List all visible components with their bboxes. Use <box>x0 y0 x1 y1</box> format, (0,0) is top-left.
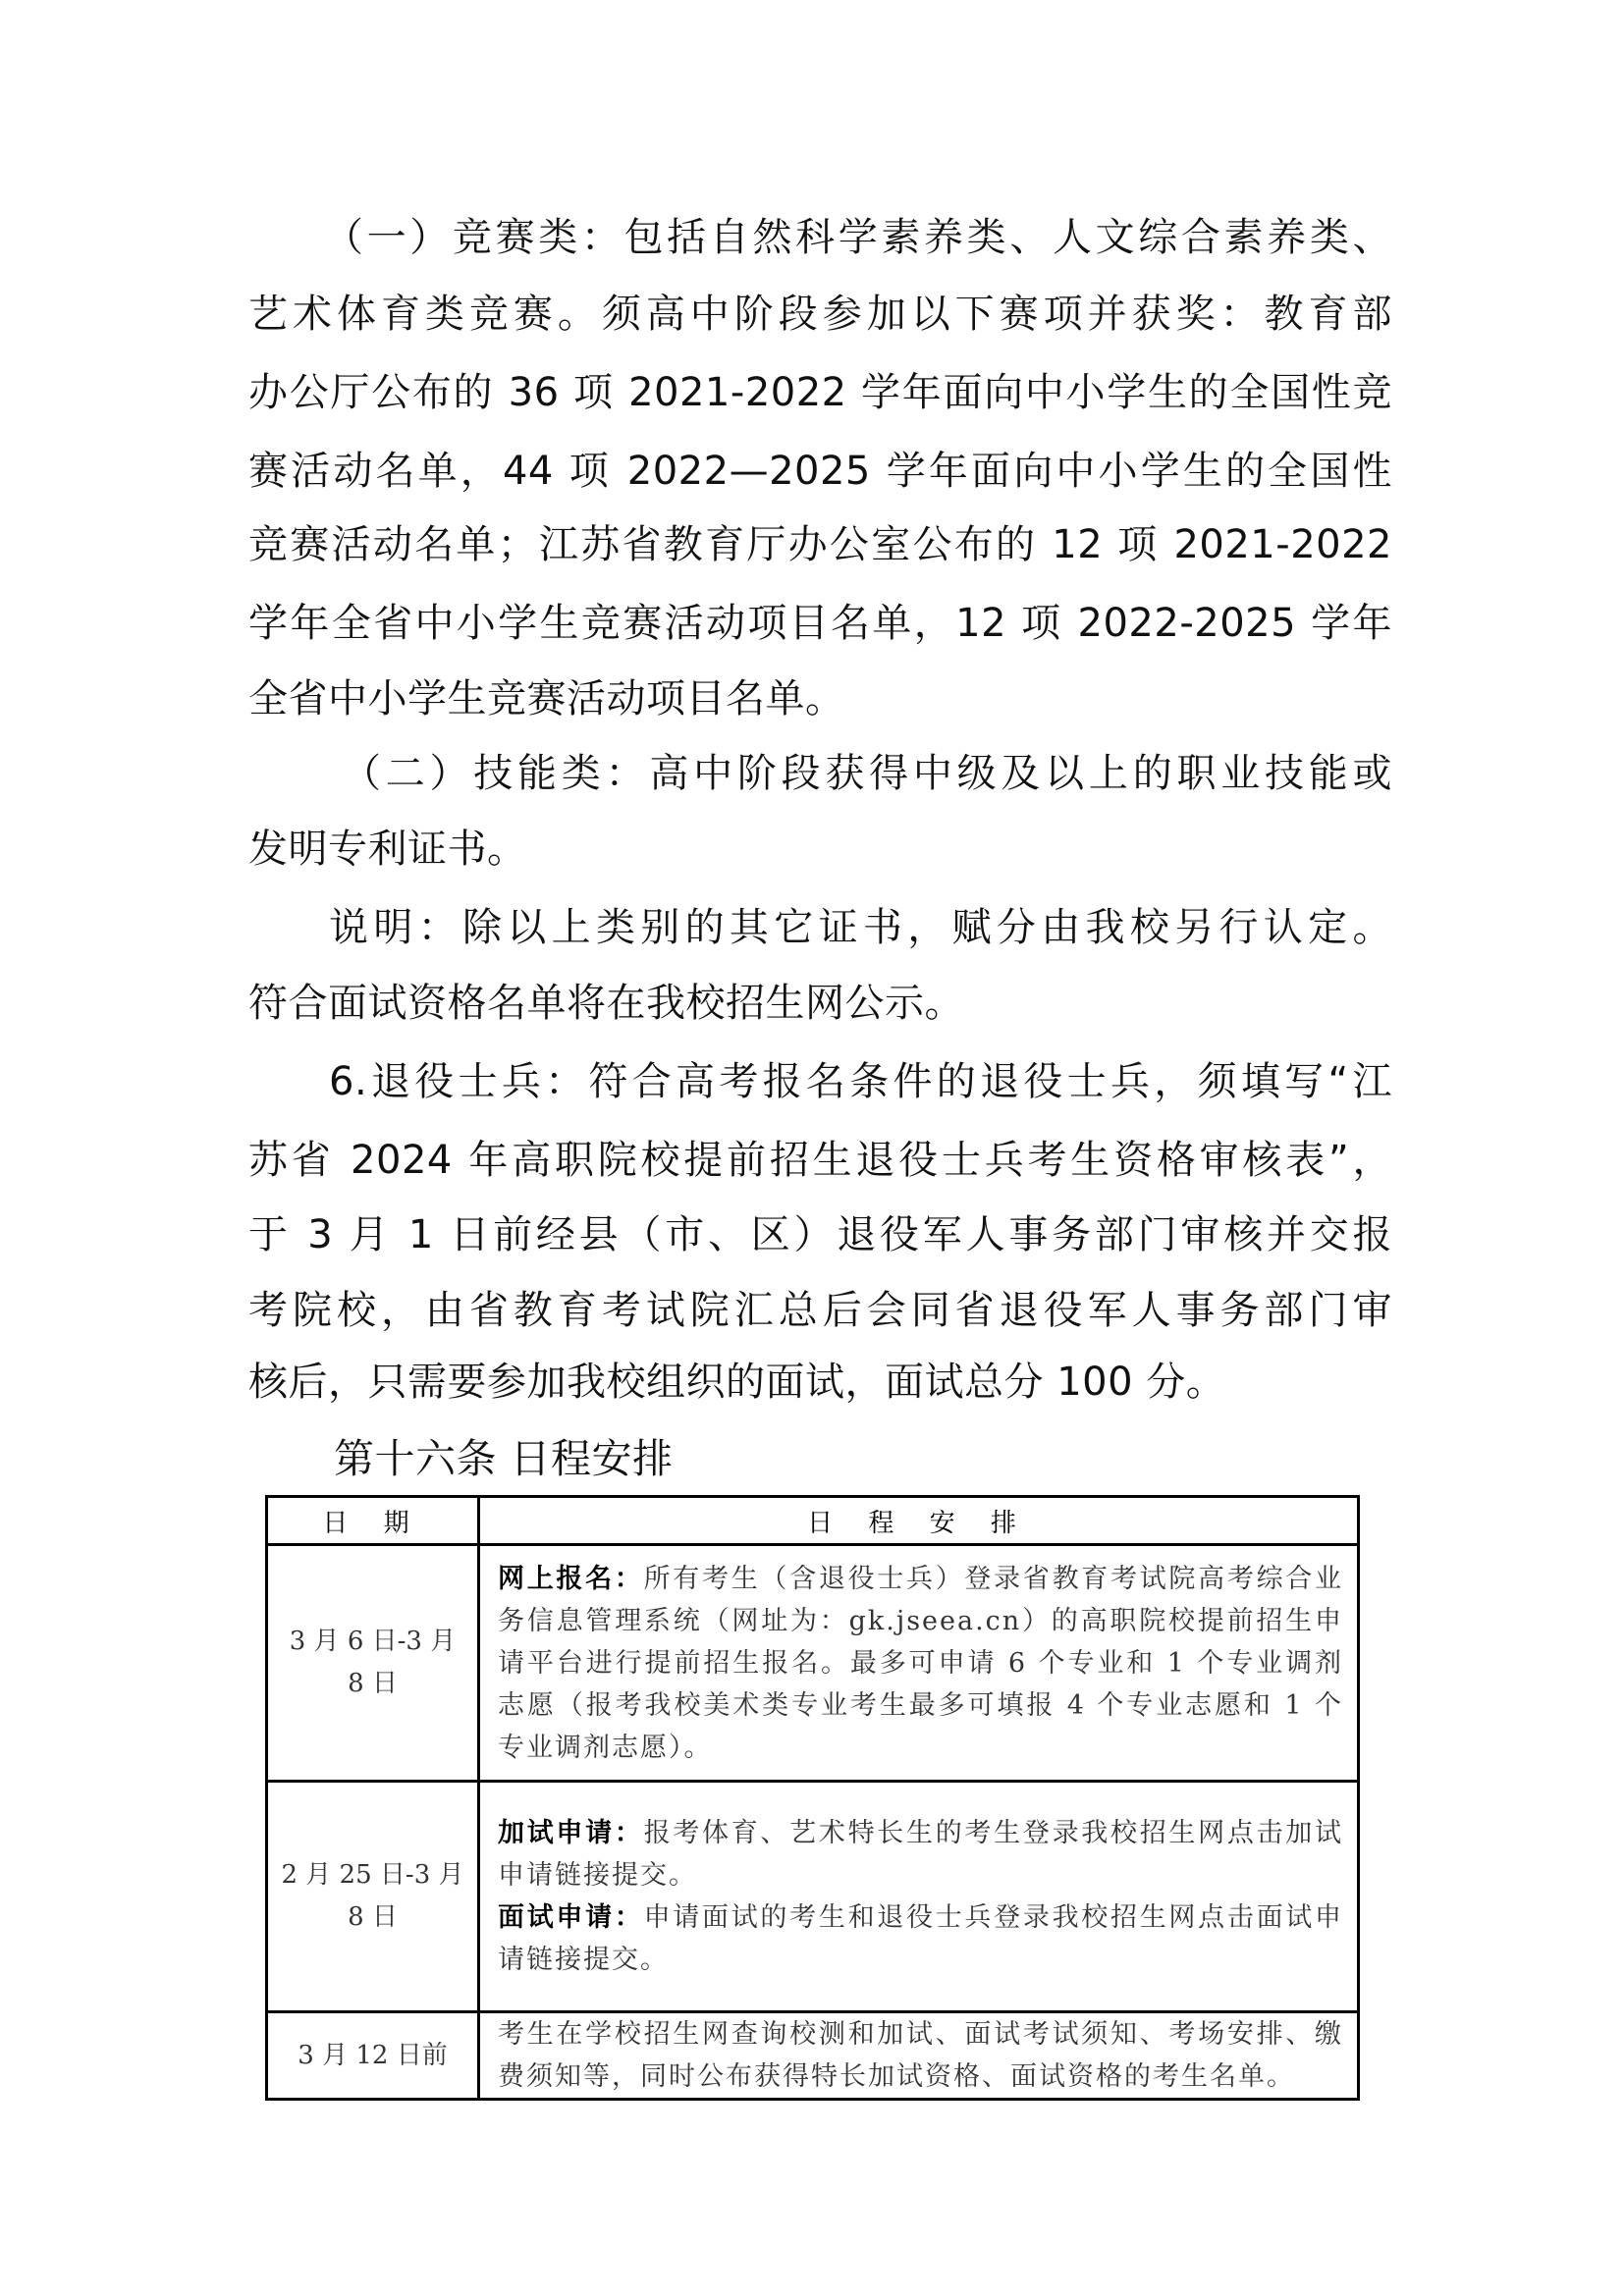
schedule-item: 面试申请：申请面试的考生和退役士兵登录我校招生网点击面试申请链接提交。 <box>498 1896 1343 1981</box>
schedule-cell: 考生在学校招生网查询校测和加试、面试考试须知、考场安排、缴费须知等，同时公布获得… <box>479 2012 1359 2100</box>
schedule-item: 加试申请：报考体育、艺术特长生的考生登录我校招生网点击加试申请链接提交。 <box>498 1812 1343 1896</box>
item-label: 加试申请： <box>498 1818 644 1848</box>
table-row: 3 月 6 日-3 月 8 日 网上报名：所有考生（含退役士兵）登录省教育考试院… <box>267 1545 1359 1782</box>
paragraph-veterans-line-5: 核后，只需要参加我校组织的面试，面试总分 100 分。 <box>248 1359 1392 1406</box>
document-page: （一）竞赛类：包括自然科学素养类、人文综合素养类、 艺术体育类竞赛。须高中阶段参… <box>0 0 1624 2296</box>
paragraph-competition-line-7: 全省中小学生竞赛活动项目名单。 <box>248 675 1392 722</box>
table-row: 2 月 25 日-3 月 8 日 加试申请：报考体育、艺术特长生的考生登录我校招… <box>267 1782 1359 2012</box>
paragraph-competition-line-3: 办公厅公布的 36 项 2021-2022 学年面向中小学生的全国性竞 <box>248 369 1392 416</box>
date-cell: 2 月 25 日-3 月 8 日 <box>267 1782 479 2012</box>
schedule-item: 考生在学校招生网查询校测和加试、面试考试须知、考场安排、缴费须知等，同时公布获得… <box>498 2013 1343 2098</box>
schedule-cell: 网上报名：所有考生（含退役士兵）登录省教育考试院高考综合业务信息管理系统（网址为… <box>479 1545 1359 1782</box>
paragraph-veterans-line-1: 6.退役士兵：符合高考报名条件的退役士兵，须填写“江 <box>329 1058 1392 1105</box>
paragraph-competition-line-5: 竞赛活动名单；江苏省教育厅办公室公布的 12 项 2021-2022 <box>248 521 1392 568</box>
schedule-table: 日 期 日 程 安 排 3 月 6 日-3 月 8 日 网上报名：所有考生（含退… <box>265 1495 1360 2101</box>
paragraph-competition-line-6: 学年全省中小学生竞赛活动项目名单，12 项 2022-2025 学年 <box>248 600 1392 647</box>
paragraph-competition-line-2: 艺术体育类竞赛。须高中阶段参加以下赛项并获奖：教育部 <box>248 291 1392 338</box>
table-header-row: 日 期 日 程 安 排 <box>267 1497 1359 1545</box>
date-cell: 3 月 6 日-3 月 8 日 <box>267 1545 479 1782</box>
item-text: 考生在学校招生网查询校测和加试、面试考试须知、考场安排、缴费须知等，同时公布获得… <box>498 2019 1343 2092</box>
section-heading: 第十六条 日程安排 <box>334 1435 1478 1482</box>
header-date: 日 期 <box>267 1497 479 1545</box>
header-schedule: 日 程 安 排 <box>479 1497 1359 1545</box>
table-row: 3 月 12 日前 考生在学校招生网查询校测和加试、面试考试须知、考场安排、缴费… <box>267 2012 1359 2100</box>
paragraph-competition-line-4: 赛活动名单，44 项 2022—2025 学年面向中小学生的全国性 <box>248 448 1392 495</box>
paragraph-skills-line-2: 发明专利证书。 <box>248 826 1392 873</box>
schedule-cell: 加试申请：报考体育、艺术特长生的考生登录我校招生网点击加试申请链接提交。 面试申… <box>479 1782 1359 2012</box>
item-label: 网上报名： <box>498 1564 644 1594</box>
paragraph-skills-line-1: （二）技能类：高中阶段获得中级及以上的职业技能或 <box>342 750 1392 797</box>
paragraph-veterans-line-4: 考院校，由省教育考试院汇总后会同省退役军人事务部门审 <box>248 1287 1392 1334</box>
item-label: 面试申请： <box>498 1902 644 1933</box>
date-cell: 3 月 12 日前 <box>267 2012 479 2100</box>
paragraph-veterans-line-2: 苏省 2024 年高职院校提前招生退役士兵考生资格审核表”， <box>248 1137 1392 1184</box>
schedule-item: 网上报名：所有考生（含退役士兵）登录省教育考试院高考综合业务信息管理系统（网址为… <box>498 1558 1343 1769</box>
paragraph-note-line-1: 说明：除以上类别的其它证书，赋分由我校另行认定。 <box>329 904 1392 951</box>
paragraph-veterans-line-3: 于 3 月 1 日前经县（市、区）退役军人事务部门审核并交报 <box>248 1211 1392 1258</box>
paragraph-competition-line-1: （一）竞赛类：包括自然科学素养类、人文综合素养类、 <box>324 214 1392 261</box>
paragraph-note-line-2: 符合面试资格名单将在我校招生网公示。 <box>248 980 1392 1027</box>
